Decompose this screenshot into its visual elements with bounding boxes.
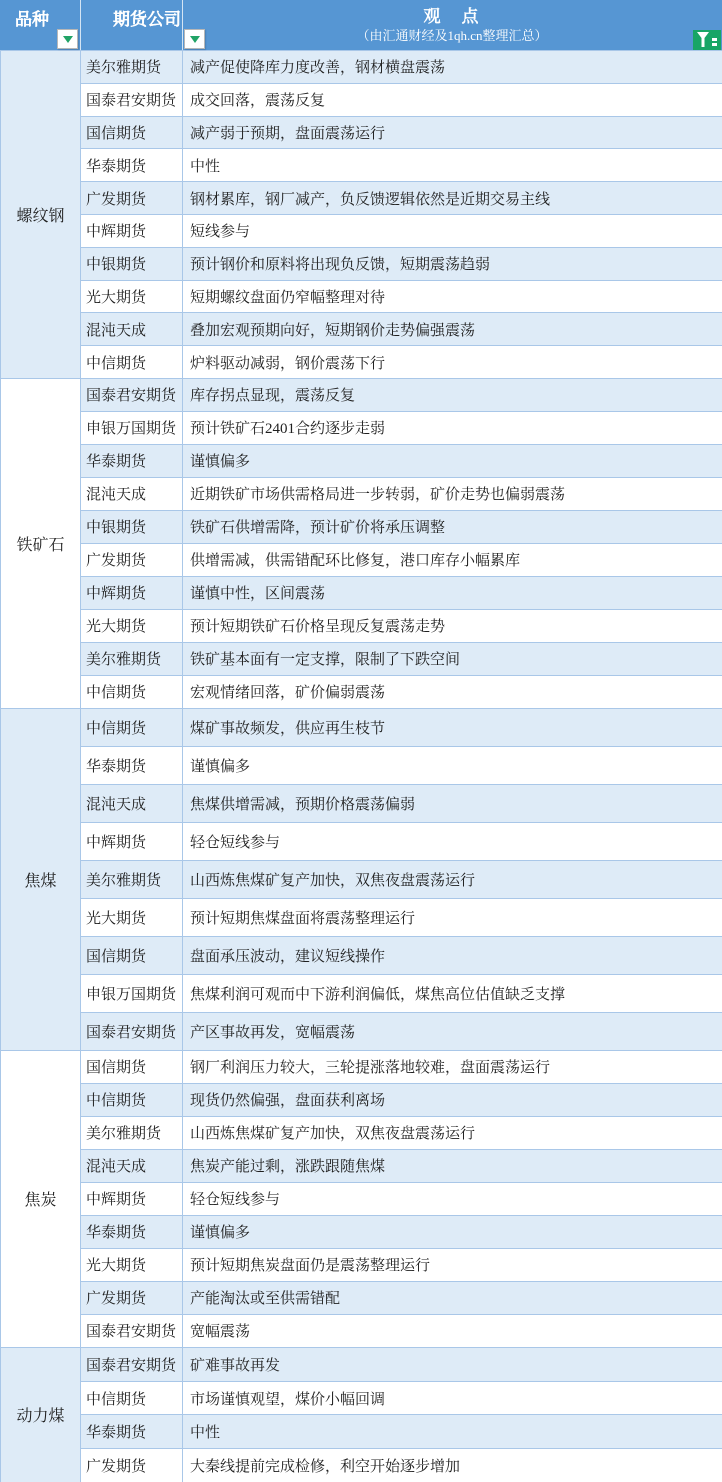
- view-cell: 现货仍然偏强，盘面获利离场: [183, 1083, 722, 1116]
- view-cell: 轻仓短线参与: [183, 1182, 722, 1215]
- company-cell: 美尔雅期货: [81, 642, 183, 675]
- table-row: 中银期货预计钢价和原料将出现负反馈，短期震荡趋弱: [1, 247, 722, 280]
- company-cell: 光大期货: [81, 280, 183, 313]
- view-cell: 中性: [183, 149, 722, 182]
- view-cell: 宽幅震荡: [183, 1314, 722, 1347]
- table-row: 中信期货市场谨慎观望，煤价小幅回调: [1, 1381, 722, 1415]
- table-row: 国泰君安期货宽幅震荡: [1, 1314, 722, 1347]
- table-row: 中信期货炉料驱动减弱，钢价震荡下行: [1, 346, 722, 379]
- view-cell: 减产弱于预期，盘面震荡运行: [183, 116, 722, 149]
- table-row: 中辉期货谨慎中性，区间震荡: [1, 576, 722, 609]
- view-cell: 铁矿石供增需降，预计矿价将承压调整: [183, 510, 722, 543]
- company-cell: 光大期货: [81, 898, 183, 936]
- table-row: 申银万国期货预计铁矿石2401合约逐步走弱: [1, 411, 722, 444]
- company-cell: 中信期货: [81, 346, 183, 379]
- table-header: 品种 期货公司 观 点 （由汇通财经及1qh.cn整理汇总）: [0, 0, 722, 50]
- company-cell: 混沌天成: [81, 1149, 183, 1182]
- company-cell: 国信期货: [81, 1050, 183, 1083]
- view-cell: 成交回落，震荡反复: [183, 83, 722, 116]
- view-cell: 焦煤供增需减，预期价格震荡偏弱: [183, 784, 722, 822]
- table-row: 中辉期货短线参与: [1, 214, 722, 247]
- company-cell: 国信期货: [81, 936, 183, 974]
- table-row: 国信期货盘面承压波动，建议短线操作: [1, 936, 722, 974]
- table-row: 国泰君安期货产区事故再发，宽幅震荡: [1, 1012, 722, 1050]
- company-cell: 申银万国期货: [81, 974, 183, 1012]
- table-row: 国信期货减产弱于预期，盘面震荡运行: [1, 116, 722, 149]
- view-cell: 焦煤利润可观而中下游利润偏低，煤焦高位估值缺乏支撑: [183, 974, 722, 1012]
- view-cell: 铁矿基本面有一定支撑，限制了下跌空间: [183, 642, 722, 675]
- variety-cell: 动力煤: [1, 1347, 81, 1482]
- company-cell: 光大期货: [81, 609, 183, 642]
- futures-viewpoints-spreadsheet: 品种 期货公司 观 点 （由汇通财经及1qh.cn整理汇总） 螺纹钢美尔雅期货减…: [0, 0, 722, 1482]
- table-row: 中银期货铁矿石供增需降，预计矿价将承压调整: [1, 510, 722, 543]
- table-row: 广发期货产能淘汰或至供需错配: [1, 1281, 722, 1314]
- view-column-header: 观 点 （由汇通财经及1qh.cn整理汇总）: [182, 0, 722, 50]
- company-cell: 华泰期货: [81, 149, 183, 182]
- table-row: 华泰期货谨慎偏多: [1, 444, 722, 477]
- view-cell: 山西炼焦煤矿复产加快，双焦夜盘震荡运行: [183, 860, 722, 898]
- view-cell: 谨慎中性，区间震荡: [183, 576, 722, 609]
- view-cell: 大秦线提前完成检修，利空开始逐步增加: [183, 1449, 722, 1482]
- company-cell: 美尔雅期货: [81, 860, 183, 898]
- variety-cell: 螺纹钢: [1, 51, 81, 379]
- view-cell: 炉料驱动减弱，钢价震荡下行: [183, 346, 722, 379]
- company-cell: 美尔雅期货: [81, 51, 183, 84]
- company-cell: 混沌天成: [81, 313, 183, 346]
- company-cell: 国信期货: [81, 116, 183, 149]
- table-row: 混沌天成焦煤供增需减，预期价格震荡偏弱: [1, 784, 722, 822]
- company-cell: 广发期货: [81, 543, 183, 576]
- company-cell: 中银期货: [81, 247, 183, 280]
- company-cell: 广发期货: [81, 1449, 183, 1482]
- company-cell: 中辉期货: [81, 214, 183, 247]
- view-column-subtitle: （由汇通财经及1qh.cn整理汇总）: [356, 28, 547, 43]
- company-cell: 广发期货: [81, 1281, 183, 1314]
- variety-cell: 焦炭: [1, 1050, 81, 1347]
- view-cell: 钢厂利润压力较大，三轮提涨落地较难，盘面震荡运行: [183, 1050, 722, 1083]
- table-row: 中辉期货轻仓短线参与: [1, 1182, 722, 1215]
- company-cell: 申银万国期货: [81, 411, 183, 444]
- variety-cell: 铁矿石: [1, 378, 81, 708]
- table-row: 光大期货预计短期铁矿石价格呈现反复震荡走势: [1, 609, 722, 642]
- table-row: 光大期货预计短期焦炭盘面仍是震荡整理运行: [1, 1248, 722, 1281]
- table-row: 广发期货大秦线提前完成检修，利空开始逐步增加: [1, 1449, 722, 1482]
- table-row: 国泰君安期货成交回落，震荡反复: [1, 83, 722, 116]
- company-cell: 广发期货: [81, 182, 183, 215]
- view-cell: 盘面承压波动，建议短线操作: [183, 936, 722, 974]
- table-row: 华泰期货谨慎偏多: [1, 746, 722, 784]
- table-row: 螺纹钢美尔雅期货减产促使降库力度改善，钢材横盘震荡: [1, 51, 722, 84]
- header-divider: [182, 0, 183, 50]
- variety-column-header: 品种: [15, 10, 49, 30]
- chevron-down-icon: [63, 36, 73, 43]
- view-cell: 山西炼焦煤矿复产加快，双焦夜盘震荡运行: [183, 1116, 722, 1149]
- view-cell: 谨慎偏多: [183, 444, 722, 477]
- table-row: 焦炭国信期货钢厂利润压力较大，三轮提涨落地较难，盘面震荡运行: [1, 1050, 722, 1083]
- table-row: 美尔雅期货山西炼焦煤矿复产加快，双焦夜盘震荡运行: [1, 860, 722, 898]
- company-cell: 中信期货: [81, 1381, 183, 1415]
- table-row: 申银万国期货焦煤利润可观而中下游利润偏低，煤焦高位估值缺乏支撑: [1, 974, 722, 1012]
- company-cell: 华泰期货: [81, 1415, 183, 1449]
- view-cell: 供增需减，供需错配环比修复，港口库存小幅累库: [183, 543, 722, 576]
- view-cell: 谨慎偏多: [183, 1215, 722, 1248]
- company-cell: 中信期货: [81, 708, 183, 746]
- view-cell: 预计短期铁矿石价格呈现反复震荡走势: [183, 609, 722, 642]
- view-cell: 煤矿事故频发，供应再生枝节: [183, 708, 722, 746]
- company-cell: 华泰期货: [81, 746, 183, 784]
- company-column-header: 期货公司: [113, 10, 181, 30]
- view-cell: 叠加宏观预期向好，短期钢价走势偏强震荡: [183, 313, 722, 346]
- company-cell: 华泰期货: [81, 1215, 183, 1248]
- table-row: 中信期货宏观情绪回落，矿价偏弱震荡: [1, 675, 722, 708]
- view-cell: 焦炭产能过剩，涨跌跟随焦煤: [183, 1149, 722, 1182]
- company-cell: 国泰君安期货: [81, 1012, 183, 1050]
- view-cell: 减产促使降库力度改善，钢材横盘震荡: [183, 51, 722, 84]
- company-cell: 国泰君安期货: [81, 378, 183, 411]
- table-row: 中信期货现货仍然偏强，盘面获利离场: [1, 1083, 722, 1116]
- table-row: 动力煤国泰君安期货矿难事故再发: [1, 1347, 722, 1381]
- chevron-down-icon: [190, 36, 200, 43]
- view-cell: 短期螺纹盘面仍窄幅整理对待: [183, 280, 722, 313]
- table-row: 铁矿石国泰君安期货库存拐点显现，震荡反复: [1, 378, 722, 411]
- view-cell: 预计钢价和原料将出现负反馈，短期震荡趋弱: [183, 247, 722, 280]
- table-row: 光大期货短期螺纹盘面仍窄幅整理对待: [1, 280, 722, 313]
- company-cell: 中辉期货: [81, 1182, 183, 1215]
- header-divider: [80, 0, 81, 50]
- table-row: 混沌天成叠加宏观预期向好，短期钢价走势偏强震荡: [1, 313, 722, 346]
- view-cell: 预计短期焦炭盘面仍是震荡整理运行: [183, 1248, 722, 1281]
- viewpoints-table-body: 螺纹钢美尔雅期货减产促使降库力度改善，钢材横盘震荡国泰君安期货成交回落，震荡反复…: [1, 51, 722, 1482]
- company-cell: 混沌天成: [81, 784, 183, 822]
- view-column-title: 观 点: [424, 7, 481, 27]
- view-cell: 钢材累库，钢厂减产，负反馈逻辑依然是近期交易主线: [183, 182, 722, 215]
- variety-filter-dropdown-icon[interactable]: [57, 29, 78, 49]
- company-cell: 美尔雅期货: [81, 1116, 183, 1149]
- table-row: 中辉期货轻仓短线参与: [1, 822, 722, 860]
- variety-cell: 焦煤: [1, 708, 81, 1050]
- company-cell: 中辉期货: [81, 576, 183, 609]
- view-cell: 宏观情绪回落，矿价偏弱震荡: [183, 675, 722, 708]
- view-cell: 短线参与: [183, 214, 722, 247]
- view-cell: 市场谨慎观望，煤价小幅回调: [183, 1381, 722, 1415]
- view-cell: 产能淘汰或至供需错配: [183, 1281, 722, 1314]
- table-row: 混沌天成近期铁矿市场供需格局进一步转弱，矿价走势也偏弱震荡: [1, 477, 722, 510]
- view-cell: 预计铁矿石2401合约逐步走弱: [183, 411, 722, 444]
- company-filter-dropdown-icon[interactable]: [184, 29, 205, 49]
- view-cell: 预计短期焦煤盘面将震荡整理运行: [183, 898, 722, 936]
- company-cell: 中银期货: [81, 510, 183, 543]
- table-row: 华泰期货中性: [1, 149, 722, 182]
- table-row: 广发期货供增需减，供需错配环比修复，港口库存小幅累库: [1, 543, 722, 576]
- funnel-glyph: [696, 32, 718, 48]
- company-cell: 混沌天成: [81, 477, 183, 510]
- table-row: 混沌天成焦炭产能过剩，涨跌跟随焦煤: [1, 1149, 722, 1182]
- view-cell: 中性: [183, 1415, 722, 1449]
- view-cell: 轻仓短线参与: [183, 822, 722, 860]
- view-cell: 产区事故再发，宽幅震荡: [183, 1012, 722, 1050]
- table-row: 华泰期货中性: [1, 1415, 722, 1449]
- company-cell: 国泰君安期货: [81, 1347, 183, 1381]
- view-cell: 矿难事故再发: [183, 1347, 722, 1381]
- table-row: 华泰期货谨慎偏多: [1, 1215, 722, 1248]
- table-row: 广发期货钢材累库，钢厂减产，负反馈逻辑依然是近期交易主线: [1, 182, 722, 215]
- company-cell: 中信期货: [81, 1083, 183, 1116]
- view-cell: 谨慎偏多: [183, 746, 722, 784]
- table-row: 美尔雅期货山西炼焦煤矿复产加快，双焦夜盘震荡运行: [1, 1116, 722, 1149]
- table-row: 焦煤中信期货煤矿事故频发，供应再生枝节: [1, 708, 722, 746]
- funnel-filter-icon[interactable]: [693, 30, 721, 50]
- company-cell: 华泰期货: [81, 444, 183, 477]
- table-row: 光大期货预计短期焦煤盘面将震荡整理运行: [1, 898, 722, 936]
- company-cell: 光大期货: [81, 1248, 183, 1281]
- view-cell: 库存拐点显现，震荡反复: [183, 378, 722, 411]
- company-cell: 中信期货: [81, 675, 183, 708]
- company-cell: 中辉期货: [81, 822, 183, 860]
- company-cell: 国泰君安期货: [81, 83, 183, 116]
- company-cell: 国泰君安期货: [81, 1314, 183, 1347]
- table-row: 美尔雅期货铁矿基本面有一定支撑，限制了下跌空间: [1, 642, 722, 675]
- viewpoints-table: 螺纹钢美尔雅期货减产促使降库力度改善，钢材横盘震荡国泰君安期货成交回落，震荡反复…: [0, 50, 722, 1482]
- view-cell: 近期铁矿市场供需格局进一步转弱，矿价走势也偏弱震荡: [183, 477, 722, 510]
